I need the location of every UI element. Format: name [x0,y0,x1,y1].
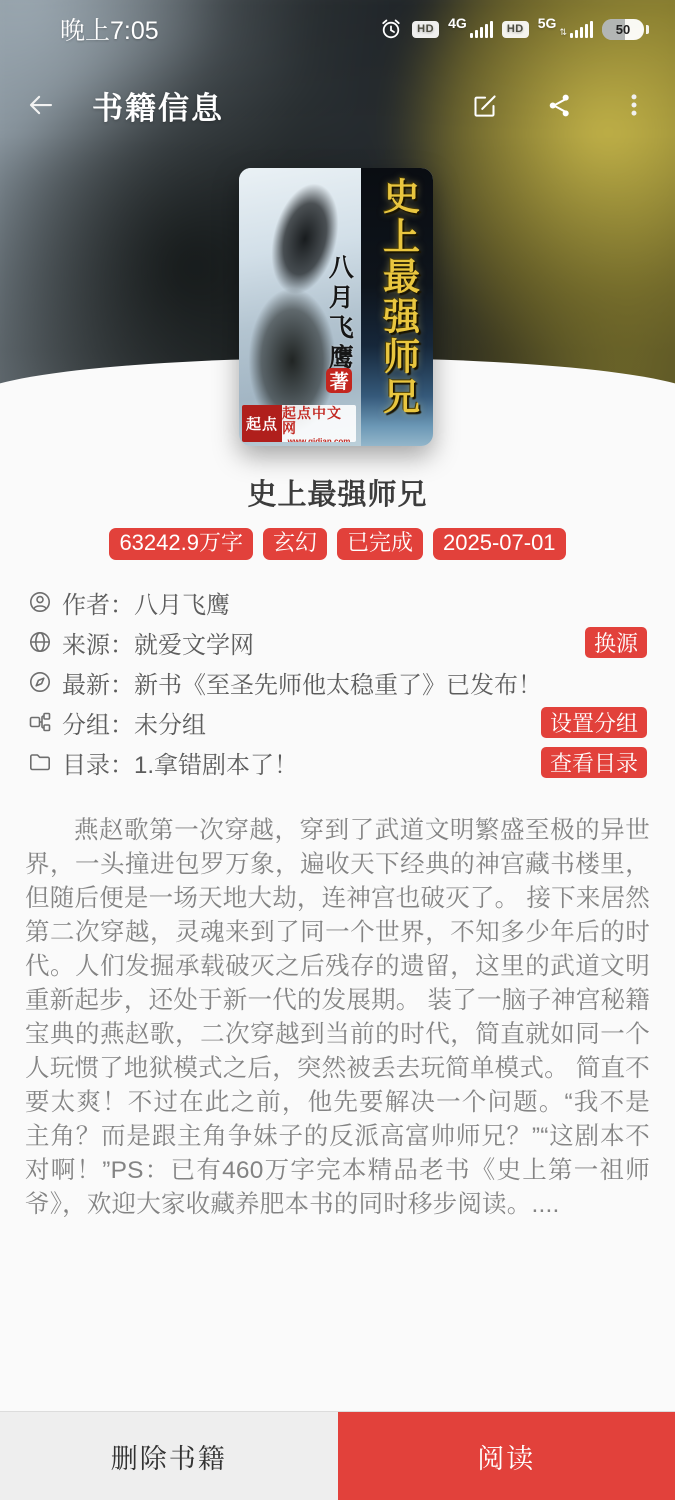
cover-author-vertical: 八月飞鹰 [320,254,356,374]
latest-value: 新书《至圣先师他太稳重了》已发布！ [134,665,542,700]
book-info-content: 史上最强师兄 63242.9万字 玄幻 已完成 2025-07-01 作者： 八… [0,450,675,1222]
badge-row: 63242.9万字 玄幻 已完成 2025-07-01 [0,528,675,560]
author-seal: 著 [326,368,352,393]
publisher-name: 起点中文网 [282,407,356,438]
group-row[interactable]: 分组： 未分组 设置分组 [28,702,647,742]
battery-icon: 50 [602,19,644,40]
app-bar: 书籍信息 [0,76,675,134]
status-bar: 晚上7:05 HD 4G HD 5G ⇅ [0,10,675,48]
author-value: 八月飞鹰 [134,585,230,620]
cover-artwork: 八月飞鹰 著 起点 原创文学门户 起点中文网 www.qidian.com [239,168,361,446]
set-group-button[interactable]: 设置分组 [541,707,647,738]
author-label: 作者： [62,585,134,620]
page-title: 书籍信息 [92,83,224,128]
clock-time: 晚上7:05 [60,11,159,47]
info-rows: 作者： 八月飞鹰 来源： 就爱文学网 换源 最新 [28,582,647,782]
status-icons: HD 4G HD 5G ⇅ 50 [379,17,649,41]
latest-label: 最新： [62,665,134,700]
book-info-screen: 晚上7:05 HD 4G HD 5G ⇅ [0,0,675,1500]
publisher-logo: 起点 [242,405,282,442]
group-icon [28,710,52,734]
read-button[interactable]: 阅读 [338,1412,675,1500]
publisher-url: www.qidian.com [288,438,351,442]
more-menu-button[interactable] [619,90,649,120]
volte-hd-icon-2: HD [502,21,529,38]
date-badge: 2025-07-01 [433,528,566,560]
delete-book-button[interactable]: 删除书籍 [0,1412,338,1500]
book-description[interactable]: 燕赵歌第一次穿越，穿到了武道文明繁盛至极的异世界，一头撞进包罗万象，遍收天下经典… [25,814,650,1222]
battery-percent: 50 [616,22,630,37]
share-button[interactable] [544,90,574,120]
publisher-block: 起点 原创文学门户 起点中文网 www.qidian.com [242,405,356,442]
cover-title-strip: 史上最强师兄 [361,168,433,446]
book-cover[interactable]: 八月飞鹰 著 起点 原创文学门户 起点中文网 www.qidian.com 史上… [239,168,433,446]
edit-button[interactable] [469,90,499,120]
change-source-button[interactable]: 换源 [585,627,647,658]
signal-5g-icon: 5G ⇅ [538,21,593,38]
toc-label: 目录： [62,745,134,780]
latest-chapter-row: 最新： 新书《至圣先师他太稳重了》已发布！ [28,662,647,702]
person-circle-icon [28,590,52,614]
book-title: 史上最强师兄 [0,472,675,513]
back-button[interactable] [26,90,56,120]
author-row: 作者： 八月飞鹰 [28,582,647,622]
source-value: 就爱文学网 [134,625,254,660]
signal-4g-icon: 4G [448,21,493,38]
status-badge: 已完成 [337,528,423,560]
group-value: 未分组 [134,705,206,740]
group-label: 分组： [62,705,134,740]
bottom-action-bar: 删除书籍 阅读 [0,1411,675,1500]
genre-badge: 玄幻 [263,528,327,560]
battery-nub [646,25,649,34]
globe-icon [28,630,52,654]
word-count-badge: 63242.9万字 [109,528,253,560]
data-arrows-icon: ⇅ [559,28,567,37]
compass-icon [28,670,52,694]
source-row[interactable]: 来源： 就爱文学网 换源 [28,622,647,662]
toc-value: 1.拿错剧本了！ [134,745,298,780]
cover-title-vertical: 史上最强师兄 [379,177,416,417]
source-label: 来源： [62,625,134,660]
volte-hd-icon: HD [412,21,439,38]
folder-icon [28,750,52,774]
alarm-icon [379,17,403,41]
toc-row[interactable]: 目录： 1.拿错剧本了！ 查看目录 [28,742,647,782]
view-toc-button[interactable]: 查看目录 [541,747,647,778]
